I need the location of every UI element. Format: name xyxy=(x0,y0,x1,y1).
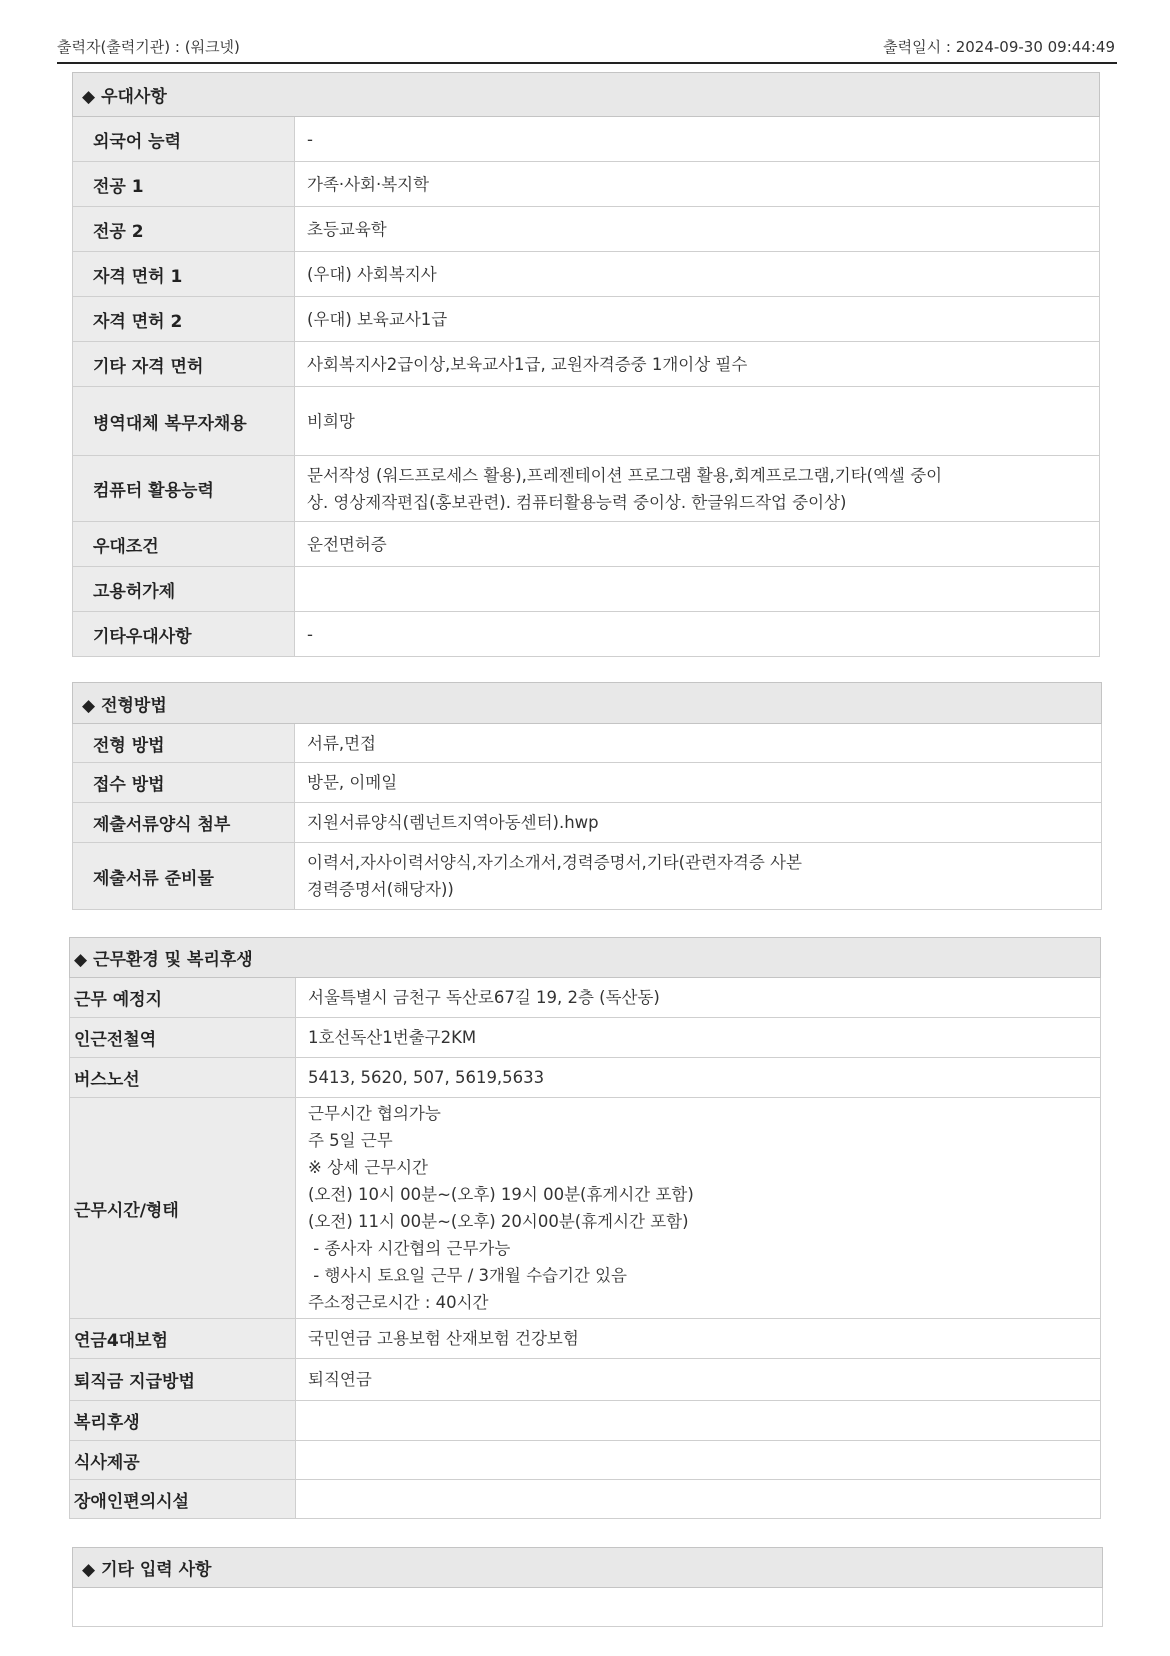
row-value: 근무시간 협의가능 주 5일 근무 ※ 상세 근무시간 (오전) 10시 00분… xyxy=(296,1098,1101,1319)
row-label: 고용허가제 xyxy=(73,567,295,612)
table-row: 기타 자격 면허사회복지사2급이상,보육교사1급, 교원자격증중 1개이상 필수 xyxy=(73,342,1100,387)
table-row: 퇴직금 지급방법퇴직연금 xyxy=(70,1359,1101,1401)
row-value xyxy=(295,567,1100,612)
row-value: 이력서,자사이력서양식,자기소개서,경력증명서,기타(관련자격증 사본경력증명서… xyxy=(295,843,1102,910)
table-row: 연금4대보험국민연금 고용보험 산재보험 건강보험 xyxy=(70,1319,1101,1359)
row-label: 제출서류 준비물 xyxy=(73,843,295,910)
row-value: - xyxy=(295,117,1100,162)
table-row: 자격 면허 1(우대) 사회복지사 xyxy=(73,252,1100,297)
row-value: 비희망 xyxy=(295,387,1100,456)
table-row: 병역대체 복무자채용비희망 xyxy=(73,387,1100,456)
row-label: 연금4대보험 xyxy=(70,1319,296,1359)
row-label: 기타우대사항 xyxy=(73,612,295,657)
section-title: 전형방법 xyxy=(101,696,167,716)
row-value: 문서작성 (워드프로세스 활용),프레젠테이션 프로그램 활용,회계프로그램,기… xyxy=(295,456,1100,522)
table-row: 전공 1가족·사회·복지학 xyxy=(73,162,1100,207)
row-value xyxy=(296,1401,1101,1441)
section-title: 기타 입력 사항 xyxy=(101,1560,211,1580)
section-header: ◆근무환경 및 복리후생 xyxy=(70,938,1101,978)
attachment-link[interactable]: 지원서류양식(렘넌트지역아동센터).hwp xyxy=(295,803,1102,843)
diamond-icon: ◆ xyxy=(82,1560,95,1580)
selection-method-table: ◆전형방법 전형 방법서류,면접 접수 방법방문, 이메일 제출서류양식 첨부지… xyxy=(72,682,1102,910)
row-value xyxy=(296,1441,1101,1480)
table-row: 접수 방법방문, 이메일 xyxy=(73,763,1102,803)
row-value: (우대) 보육교사1급 xyxy=(295,297,1100,342)
row-value: 퇴직연금 xyxy=(296,1359,1101,1401)
print-timestamp: 출력일시 : 2024-09-30 09:44:49 xyxy=(883,36,1115,57)
section-header: ◆우대사항 xyxy=(73,73,1100,117)
row-label: 자격 면허 1 xyxy=(73,252,295,297)
row-label: 기타 자격 면허 xyxy=(73,342,295,387)
section-title: 근무환경 및 복리후생 xyxy=(93,950,253,970)
section-title: 우대사항 xyxy=(101,87,167,107)
row-label: 장애인편의시설 xyxy=(70,1480,296,1519)
row-label: 전형 방법 xyxy=(73,724,295,763)
diamond-icon: ◆ xyxy=(82,696,95,716)
row-label: 자격 면허 2 xyxy=(73,297,295,342)
row-label: 근무 예정지 xyxy=(70,978,296,1018)
row-value: (우대) 사회복지사 xyxy=(295,252,1100,297)
table-row: 제출서류양식 첨부지원서류양식(렘넌트지역아동센터).hwp xyxy=(73,803,1102,843)
row-value: - xyxy=(295,612,1100,657)
diamond-icon: ◆ xyxy=(82,87,95,107)
row-value: 서류,면접 xyxy=(295,724,1102,763)
row-label: 우대조건 xyxy=(73,522,295,567)
row-label: 전공 2 xyxy=(73,207,295,252)
table-row: 자격 면허 2(우대) 보육교사1급 xyxy=(73,297,1100,342)
table-row: 인근전철역1호선독산1번출구2KM xyxy=(70,1018,1101,1058)
row-label: 제출서류양식 첨부 xyxy=(73,803,295,843)
other-info-value xyxy=(73,1588,1103,1627)
row-value: 서울특별시 금천구 독산로67길 19, 2층 (독산동) xyxy=(296,978,1101,1018)
row-label: 접수 방법 xyxy=(73,763,295,803)
row-label: 퇴직금 지급방법 xyxy=(70,1359,296,1401)
row-value: 5413, 5620, 507, 5619,5633 xyxy=(296,1058,1101,1098)
row-value: 국민연금 고용보험 산재보험 건강보험 xyxy=(296,1319,1101,1359)
section-header: ◆기타 입력 사항 xyxy=(73,1548,1103,1588)
table-row: 근무 예정지서울특별시 금천구 독산로67길 19, 2층 (독산동) xyxy=(70,978,1101,1018)
other-info-table: ◆기타 입력 사항 xyxy=(72,1547,1103,1627)
row-label: 인근전철역 xyxy=(70,1018,296,1058)
section-header: ◆전형방법 xyxy=(73,683,1102,724)
row-value: 방문, 이메일 xyxy=(295,763,1102,803)
row-label: 복리후생 xyxy=(70,1401,296,1441)
work-environment-table: ◆근무환경 및 복리후생 근무 예정지서울특별시 금천구 독산로67길 19, … xyxy=(69,937,1101,1519)
row-label: 컴퓨터 활용능력 xyxy=(73,456,295,522)
row-label: 버스노선 xyxy=(70,1058,296,1098)
table-row: 고용허가제 xyxy=(73,567,1100,612)
table-row: 전공 2초등교육학 xyxy=(73,207,1100,252)
table-row: 전형 방법서류,면접 xyxy=(73,724,1102,763)
table-row: 복리후생 xyxy=(70,1401,1101,1441)
print-header: 출력자(출력기관) : (워크넷) 출력일시 : 2024-09-30 09:4… xyxy=(57,34,1117,64)
printer-info: 출력자(출력기관) : (워크넷) xyxy=(57,36,240,57)
preferences-table: ◆우대사항 외국어 능력- 전공 1가족·사회·복지학 전공 2초등교육학 자격… xyxy=(72,72,1100,657)
row-label: 외국어 능력 xyxy=(73,117,295,162)
table-row: 외국어 능력- xyxy=(73,117,1100,162)
table-row: 식사제공 xyxy=(70,1441,1101,1480)
table-row: 우대조건운전면허증 xyxy=(73,522,1100,567)
diamond-icon: ◆ xyxy=(74,950,87,970)
row-value: 가족·사회·복지학 xyxy=(295,162,1100,207)
row-value: 사회복지사2급이상,보육교사1급, 교원자격증중 1개이상 필수 xyxy=(295,342,1100,387)
row-value: 1호선독산1번출구2KM xyxy=(296,1018,1101,1058)
row-label: 병역대체 복무자채용 xyxy=(73,387,295,456)
table-row: 컴퓨터 활용능력문서작성 (워드프로세스 활용),프레젠테이션 프로그램 활용,… xyxy=(73,456,1100,522)
row-label: 전공 1 xyxy=(73,162,295,207)
table-row: 버스노선5413, 5620, 507, 5619,5633 xyxy=(70,1058,1101,1098)
table-row: 근무시간/형태 근무시간 협의가능 주 5일 근무 ※ 상세 근무시간 (오전)… xyxy=(70,1098,1101,1319)
row-value: 운전면허증 xyxy=(295,522,1100,567)
table-row: 기타우대사항- xyxy=(73,612,1100,657)
row-value: 초등교육학 xyxy=(295,207,1100,252)
row-value xyxy=(296,1480,1101,1519)
table-row xyxy=(73,1588,1103,1627)
table-row: 제출서류 준비물이력서,자사이력서양식,자기소개서,경력증명서,기타(관련자격증… xyxy=(73,843,1102,910)
table-row: 장애인편의시설 xyxy=(70,1480,1101,1519)
row-label: 식사제공 xyxy=(70,1441,296,1480)
row-label: 근무시간/형태 xyxy=(70,1098,296,1319)
